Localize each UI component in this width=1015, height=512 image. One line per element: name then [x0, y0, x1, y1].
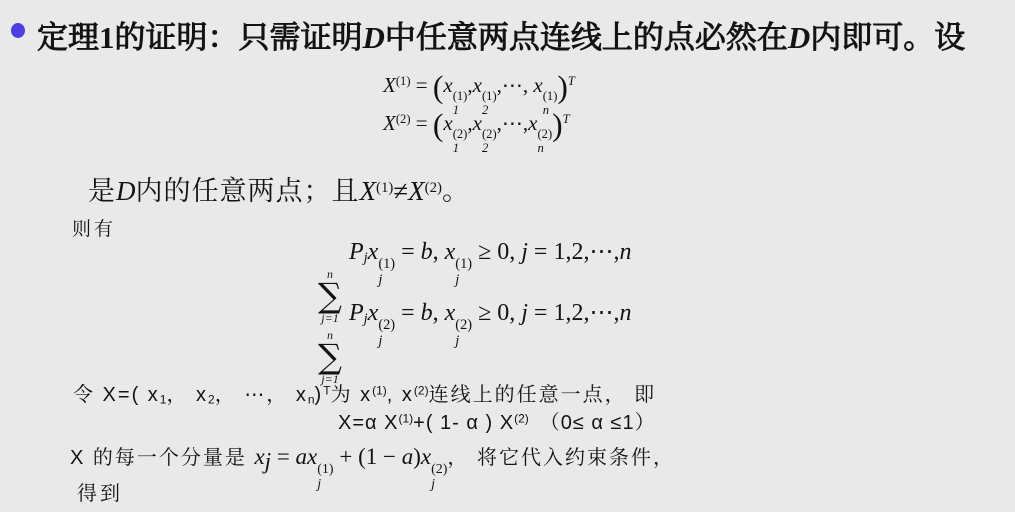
vector-definition-1: X(1) = (x(1)1,x(1)2,⋯, x(1)n)T [383, 64, 575, 102]
constraint-sum-2: n∑j=1Pjx(2)j = b, x(2)j ≥ 0, j = 1,2,⋯,n [318, 298, 631, 385]
two-points-line: 是D内的任意两点；且X(1)≠X(2)。 [88, 169, 470, 208]
bullet-icon [11, 23, 25, 38]
vector-definitions: X(1) = (x(1)1,x(1)2,⋯, x(1)n)T X(2) = (x… [383, 64, 575, 140]
vector-definition-2: X(2) = (x(2)1,x(2)2,⋯,x(2)n)T [383, 102, 575, 140]
slide-title: 定理1的证明：只需证明D中任意两点连线上的点必然在D内即可。设 [37, 12, 965, 57]
let-point-line: 令 X=( x1， x2， ⋯， xn)T为 x(1), x(2)连线上的任意一… [73, 378, 656, 407]
obtain-text: 得到 [77, 477, 123, 506]
slide: 定理1的证明：只需证明D中任意两点连线上的点必然在D内即可。设 X(1) = (… [0, 0, 1015, 512]
then-have-text: 则有 [72, 214, 116, 241]
alpha-combination-line: X=α X(1)+( 1- α ) X(2) （0≤ α ≤1） [338, 406, 656, 435]
component-line: X 的每一个分量是 xj = ax(1)j + (1 − a)x(2)j， 将它… [70, 441, 675, 492]
